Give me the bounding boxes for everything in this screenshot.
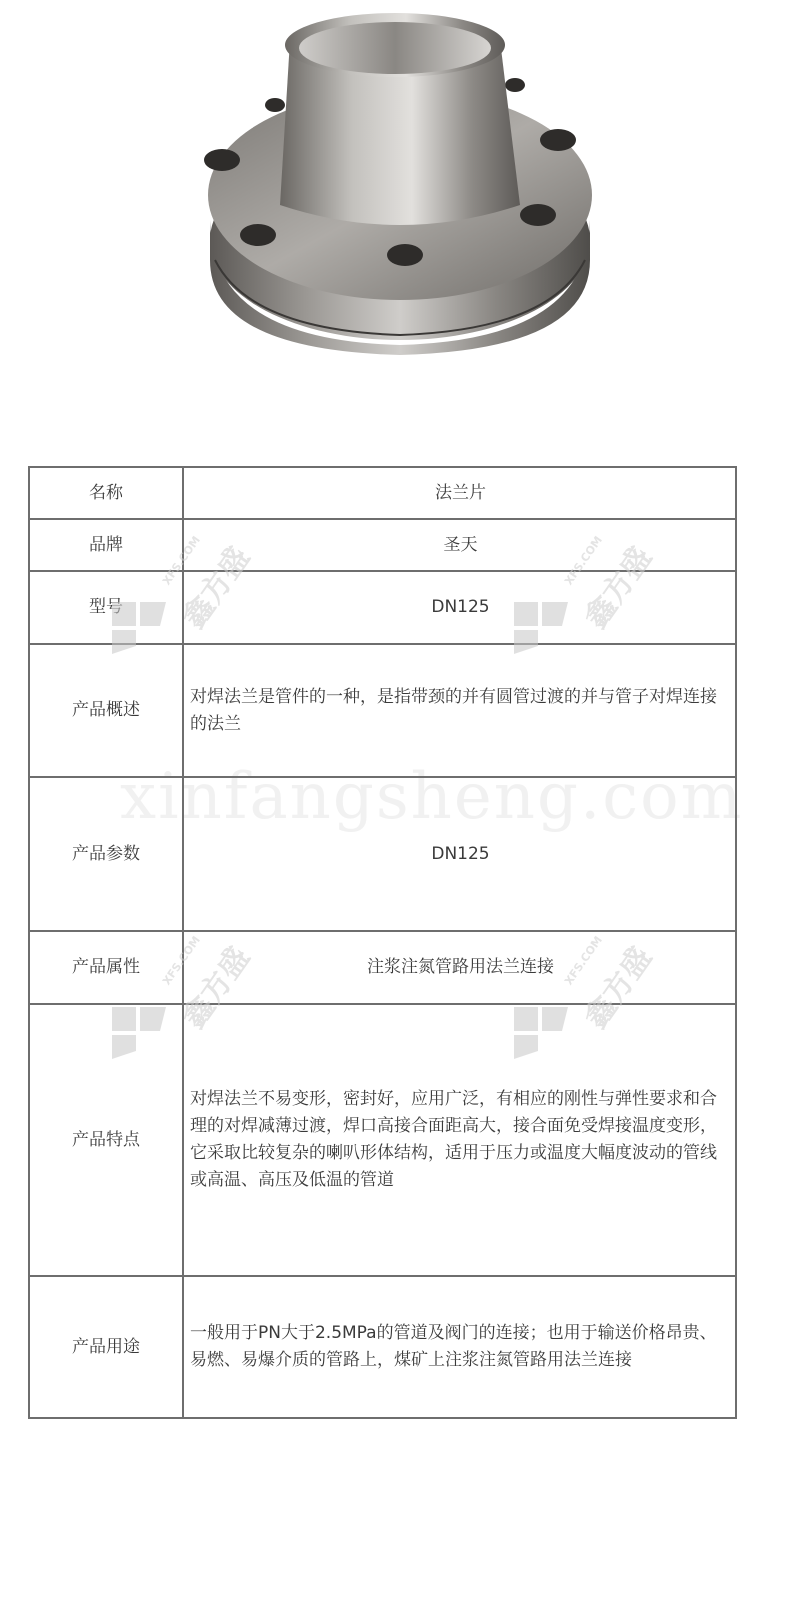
row-value-usage: 一般用于PN大于2.5MPa的管道及阀门的连接；也用于输送价格昂贵、易燃、易爆介…: [183, 1276, 736, 1418]
flange-image: [190, 10, 610, 360]
table-row: 产品特点 对焊法兰不易变形，密封好，应用广泛，有相应的刚性与弹性要求和合理的对焊…: [29, 1004, 736, 1276]
row-label-usage: 产品用途: [29, 1276, 183, 1418]
row-value-attributes: 注浆注氮管路用法兰连接: [183, 931, 736, 1004]
table-row: 名称 法兰片: [29, 467, 736, 519]
row-value-overview: 对焊法兰是管件的一种，是指带颈的并有圆管过渡的并与管子对焊连接的法兰: [183, 644, 736, 777]
row-label-brand: 品牌: [29, 519, 183, 571]
row-label-attributes: 产品属性: [29, 931, 183, 1004]
table-row: 产品属性 注浆注氮管路用法兰连接: [29, 931, 736, 1004]
table-row: 品牌 圣天: [29, 519, 736, 571]
row-label-features: 产品特点: [29, 1004, 183, 1276]
row-label-overview: 产品概述: [29, 644, 183, 777]
product-image: [190, 10, 610, 360]
table-row: 产品概述 对焊法兰是管件的一种，是指带颈的并有圆管过渡的并与管子对焊连接的法兰: [29, 644, 736, 777]
row-value-parameters: DN125: [183, 777, 736, 931]
spec-table: 名称 法兰片 品牌 圣天 型号 DN125 产品概述 对焊法兰是管件的一种，是指…: [28, 466, 737, 1419]
table-row: 产品用途 一般用于PN大于2.5MPa的管道及阀门的连接；也用于输送价格昂贵、易…: [29, 1276, 736, 1418]
row-value-name: 法兰片: [183, 467, 736, 519]
row-value-brand: 圣天: [183, 519, 736, 571]
table-row: 产品参数 DN125: [29, 777, 736, 931]
row-label-parameters: 产品参数: [29, 777, 183, 931]
row-value-features: 对焊法兰不易变形，密封好，应用广泛，有相应的刚性与弹性要求和合理的对焊减薄过渡，…: [183, 1004, 736, 1276]
table-row: 型号 DN125: [29, 571, 736, 644]
row-value-model: DN125: [183, 571, 736, 644]
row-label-name: 名称: [29, 467, 183, 519]
row-label-model: 型号: [29, 571, 183, 644]
